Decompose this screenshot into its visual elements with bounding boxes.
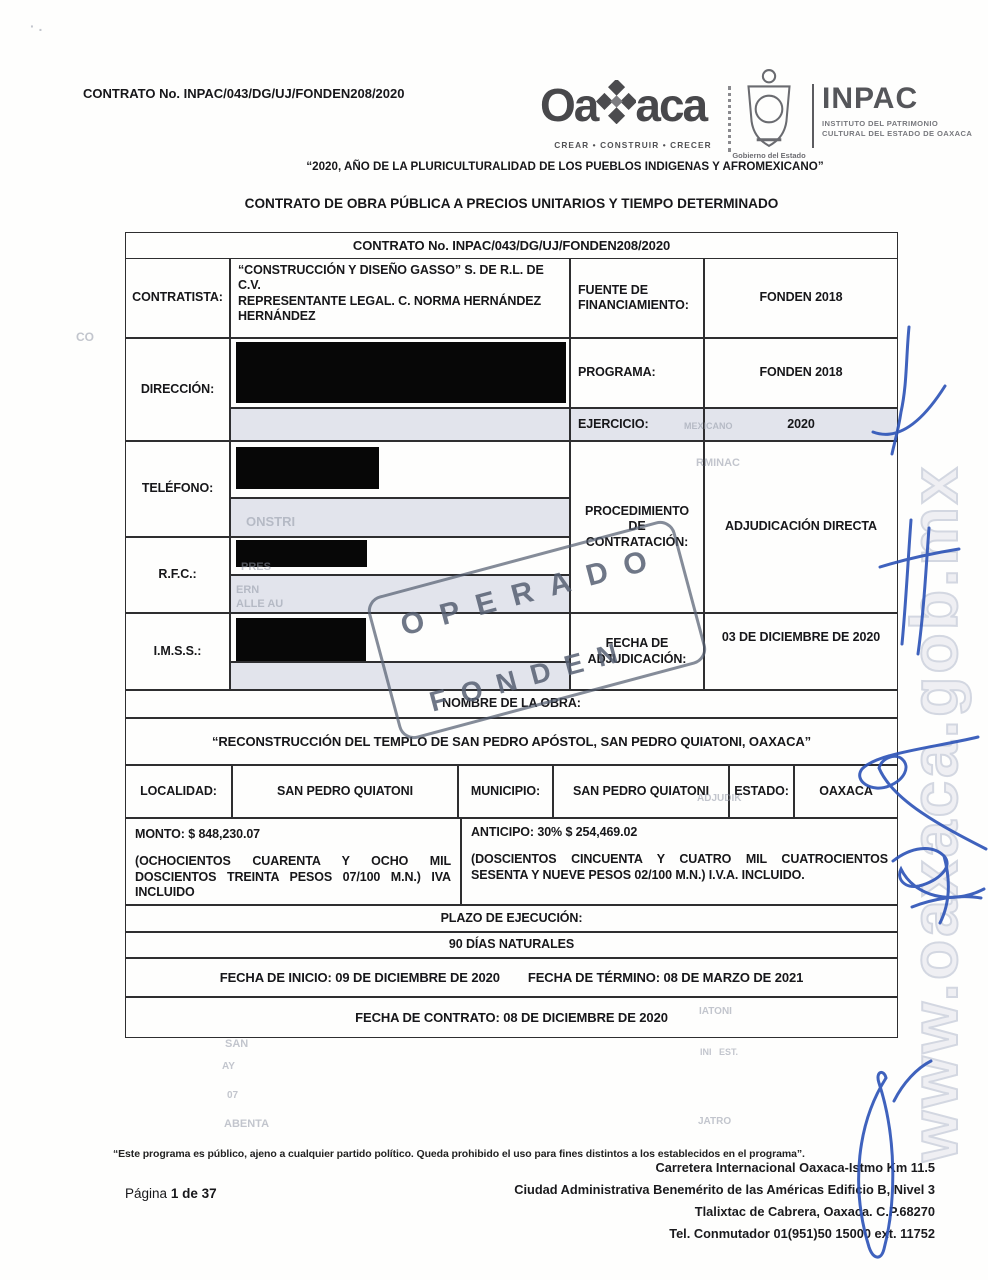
inpac-subtitle: INSTITUTO DEL PATRIMONIO CULTURAL DEL ES…	[822, 119, 972, 138]
municipio-label: MUNICIPIO:	[458, 765, 553, 818]
contratista-label: CONTRATISTA:	[125, 258, 230, 338]
pen-signature-2c	[912, 897, 981, 907]
scan-artifact: ERN	[236, 584, 259, 596]
scan-artifact: · .	[30, 18, 42, 34]
plazo-label-row: PLAZO DE EJECUCIÓN:	[125, 905, 898, 932]
dotted-divider	[728, 86, 731, 152]
estado-label: ESTADO:	[729, 765, 794, 818]
municipio-value: SAN PEDRO QUIATONI	[553, 765, 729, 818]
year-legend: “2020, AÑO DE LA PLURICULTURALIDAD DE LO…	[235, 160, 895, 173]
pen-cross-mark-v2	[918, 528, 929, 654]
pen-signature-2	[893, 849, 984, 898]
oaxaca-tagline: CREAR • CONSTRUIR • CRECER	[545, 140, 721, 150]
fuente-financiamiento-value: FONDEN 2018	[704, 258, 898, 338]
address-block: Carretera Internacional Oaxaca-Istmo Km …	[430, 1157, 935, 1245]
programa-label: PROGRAMA:	[570, 338, 704, 408]
address-line4: Tel. Conmutador 01(951)50 15000 ext. 117…	[430, 1223, 935, 1245]
oaxaca-wordmark-left: Oa	[540, 82, 597, 128]
direccion-shaded-row	[230, 408, 570, 441]
redaction-box-telefono	[236, 447, 379, 489]
plazo-value-row: 90 DÍAS NATURALES	[125, 932, 898, 958]
pen-cross-mark-v1	[902, 520, 911, 644]
monto-amount: MONTO: $ 848,230.07	[135, 827, 260, 842]
address-line2: Ciudad Administrativa Benemérito de las …	[430, 1179, 935, 1201]
scan-artifact: INI EST.	[700, 1047, 738, 1057]
state-crest-icon	[740, 68, 798, 155]
address-line1: Carretera Internacional Oaxaca-Istmo Km …	[430, 1157, 935, 1179]
scan-artifact: ALLE AU	[236, 598, 283, 610]
fecha-contrato-row: FECHA DE CONTRATO: 08 DE DICIEMBRE DE 20…	[125, 997, 898, 1038]
pen-signature-2b	[940, 856, 948, 923]
inpac-subtitle-line2: CULTURAL DEL ESTADO DE OAXACA	[822, 129, 972, 139]
page-number: Página 1 de 37	[125, 1186, 217, 1201]
scan-artifact: ABENTA	[224, 1118, 269, 1130]
oaxaca-logo: Oa aca	[540, 80, 706, 129]
scan-artifact: JATRO	[698, 1116, 731, 1127]
scan-artifact: ADJUDIK	[697, 793, 741, 804]
anticipo-amount: ANTICIPO: 30% $ 254,469.02	[471, 825, 637, 840]
scan-artifact: MEXICANO	[684, 421, 733, 431]
estado-value: OAXACA	[794, 765, 898, 818]
fecha-inicio: FECHA DE INICIO: 09 DE DICIEMBRE DE 2020	[220, 970, 500, 986]
scan-artifact: CO	[76, 330, 94, 344]
redaction-box-direccion	[236, 342, 566, 403]
fecha-termino: FECHA DE TÉRMINO: 08 DE MARZO DE 2021	[528, 970, 803, 986]
imss-shaded-row	[230, 662, 570, 690]
programa-value: FONDEN 2018	[704, 338, 898, 408]
procedimiento-label: PROCEDIMIENTO DE CONTRATACIÓN:	[570, 441, 704, 613]
localidad-label: LOCALIDAD:	[125, 765, 232, 818]
page-number-prefix: Página	[125, 1186, 167, 1201]
fuente-financiamiento-label: FUENTE DE FINANCIAMIENTO:	[570, 258, 704, 338]
contract-number: CONTRATO No. INPAC/043/DG/UJ/FONDEN208/2…	[83, 86, 404, 101]
pen-tick-mark	[894, 1061, 931, 1101]
nombre-obra-label-row: NOMBRE DE LA OBRA:	[125, 690, 898, 718]
vertical-divider	[812, 84, 814, 148]
document-title: CONTRATO DE OBRA PÚBLICA A PRECIOS UNITA…	[125, 196, 898, 211]
address-line3: Tlalixtac de Cabrera, Oaxaca. C.P.68270	[430, 1201, 935, 1223]
telefono-label: TELÉFONO:	[125, 441, 230, 537]
page-number-value: 1 de 37	[171, 1186, 217, 1201]
scan-artifact: ONSTRI	[246, 514, 295, 529]
url-watermark: www.oaxaca.gob.mx	[896, 232, 972, 1162]
contratista-value-line1: “CONSTRUCCIÓN Y DISEÑO GASSO” S. DE R.L.…	[238, 263, 562, 294]
direccion-label: DIRECCIÓN:	[125, 338, 230, 441]
fecha-adjudicacion-value: 03 DE DICIEMBRE DE 2020	[704, 613, 898, 690]
fecha-adjudicacion-label: FECHA DE ADJUDICACIÓN:	[570, 613, 704, 690]
diamond-motif-icon	[596, 80, 636, 129]
scan-artifact: RMINAC	[696, 457, 740, 469]
scan-artifact: PRES	[241, 561, 271, 573]
scanned-contract-page: www.oaxaca.gob.mx CONTRATO No. INPAC/043…	[0, 0, 988, 1280]
nombre-obra-value-row: “RECONSTRUCCIÓN DEL TEMPLO DE SAN PEDRO …	[125, 718, 898, 765]
scan-artifact: 07	[227, 1090, 238, 1101]
scan-artifact: AY	[222, 1061, 235, 1072]
inpac-subtitle-line1: INSTITUTO DEL PATRIMONIO	[822, 119, 972, 129]
scan-artifact: IATONI	[699, 1006, 732, 1017]
contratista-value-line2: REPRESENTANTE LEGAL. C. NORMA HERNÁNDEZ …	[238, 294, 562, 325]
monto-words: (OCHOCIENTOS CUARENTA Y OCHO MIL DOSCIEN…	[135, 854, 451, 900]
inpac-logo: INPAC	[822, 84, 918, 114]
oaxaca-wordmark-right: aca	[635, 82, 706, 128]
redaction-box-imss	[236, 618, 366, 661]
imss-label: I.M.S.S.:	[125, 613, 230, 690]
scan-artifact: SAN	[225, 1038, 248, 1050]
anticipo-words: (DOSCIENTOS CINCUENTA Y CUATRO MIL CUATR…	[471, 852, 888, 883]
rfc-label: R.F.C.:	[125, 537, 230, 613]
table-title-row: CONTRATO No. INPAC/043/DG/UJ/FONDEN208/2…	[125, 232, 898, 259]
ejercicio-value: 2020	[704, 408, 898, 441]
crest-caption: Gobierno del Estado	[726, 151, 812, 160]
localidad-value: SAN PEDRO QUIATONI	[232, 765, 458, 818]
